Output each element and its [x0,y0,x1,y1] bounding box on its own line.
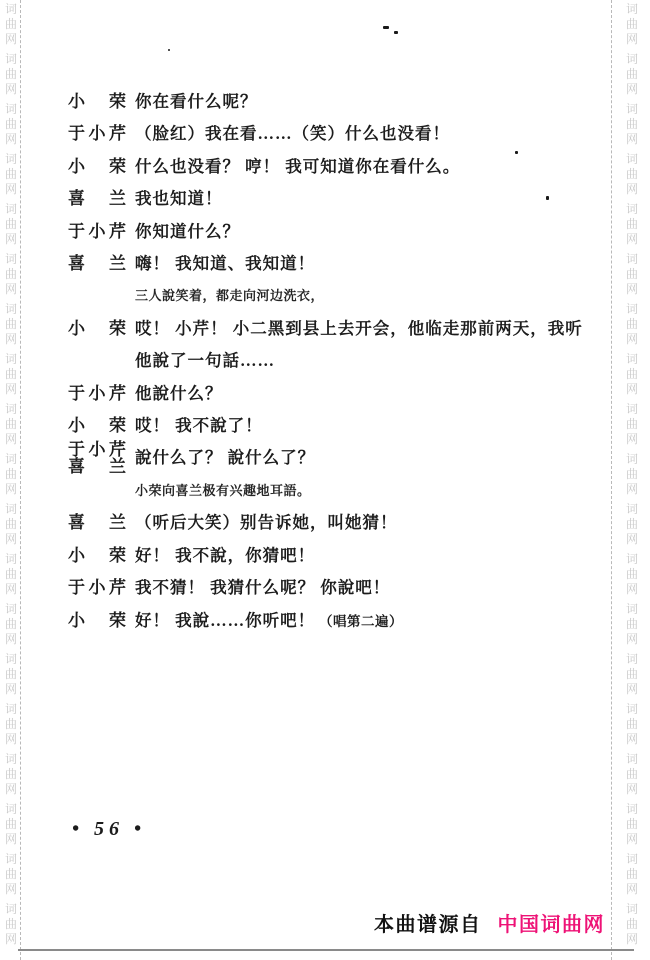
speaker-name: 小 荣 [68,86,126,118]
dialogue-line: 于小芹他說什么？ [68,378,592,410]
watermark-text: 词曲网 [623,202,641,247]
watermark-text: 词曲网 [623,2,641,47]
watermark-text: 词曲网 [2,652,20,697]
dialogue-text: 他說什么？ [135,378,592,410]
page-number: • 56 • [72,818,146,841]
watermark-column-right: 词曲网词曲网词曲网词曲网词曲网词曲网词曲网词曲网词曲网词曲网词曲网词曲网词曲网词… [623,2,641,952]
speaker-name: 小 荣 [68,605,126,637]
ink-speck [515,151,518,154]
speaker-name: 喜 兰 [68,507,126,539]
dialogue-line: 于小芹我不猜！ 我猜什么呢？ 你說吧！ [68,572,592,604]
speaker-name: 于小芹 [68,572,126,604]
watermark-text: 词曲网 [623,802,641,847]
watermark-text: 词曲网 [2,802,20,847]
watermark-text: 词曲网 [623,652,641,697]
dialogue-line: 小 荣好！ 我不說，你猜吧！ [68,540,592,572]
stage-text: 三人說笑着，都走向河边洗衣， [135,280,592,312]
ink-speck [383,26,389,29]
dialogue-text: 我也知道！ [135,183,592,215]
watermark-text: 词曲网 [623,702,641,747]
ink-speck [168,49,170,51]
dialogue-line: 喜 兰嗨！ 我知道、我知道！ [68,248,592,280]
dialogue-text: （听后大笑）别告诉她，叫她猜！ [135,507,592,539]
speaker-name: 喜 兰 [68,248,126,280]
dialogue-text: 什么也没看？ 哼！ 我可知道你在看什么。 [135,151,592,183]
watermark-text: 词曲网 [623,402,641,447]
watermark-text: 词曲网 [623,502,641,547]
dialogue-block: 小 荣你在看什么呢？于小芹（脸红）我在看……（笑）什么也没看！小 荣什么也没看？… [68,86,592,638]
stage-text: 小荣向喜兰极有兴趣地耳語。 [135,475,592,507]
speaker-name: 于小芹 [68,378,126,410]
watermark-text: 词曲网 [623,352,641,397]
speaker-name: 于小芹 [68,216,126,248]
stage-direction: 小荣向喜兰极有兴趣地耳語。 [68,475,592,507]
watermark-text: 词曲网 [2,52,20,97]
watermark-text: 词曲网 [2,852,20,897]
watermark-text: 词曲网 [2,552,20,597]
ink-speck [546,196,549,200]
dialogue-line: 小 荣什么也没看？ 哼！ 我可知道你在看什么。 [68,151,592,183]
watermark-text: 词曲网 [2,752,20,797]
dialogue-line: 喜 兰（听后大笑）别告诉她，叫她猜！ [68,507,592,539]
credit-line: 本曲谱源自 中国词曲网 [374,908,605,937]
watermark-text: 词曲网 [623,102,641,147]
dialogue-text: 我不猜！ 我猜什么呢？ 你說吧！ [135,572,592,604]
watermark-text: 词曲网 [2,102,20,147]
watermark-text: 词曲网 [2,402,20,447]
credit-brand: 中国词曲网 [498,908,606,937]
watermark-text: 词曲网 [2,702,20,747]
speaker-name: 小 荣 [68,410,126,442]
bottom-rule [18,949,634,951]
watermark-text: 词曲网 [623,902,641,947]
watermark-text: 词曲网 [623,852,641,897]
dialogue-text: 說什么了？ 說什么了？ [135,442,592,474]
dialogue-line: 小 荣你在看什么呢？ [68,86,592,118]
speaker-name: 于小芹 [68,118,126,150]
dialogue-line: 小 荣好！ 我說……你听吧！ （唱第二遍） [68,605,592,638]
dialogue-text: 哎！ 我不說了！ [135,410,592,442]
watermark-text: 词曲网 [2,352,20,397]
watermark-text: 词曲网 [623,552,641,597]
dialogue-text: 嗨！ 我知道、我知道！ [135,248,592,280]
watermark-text: 词曲网 [2,202,20,247]
stage-direction: 三人說笑着，都走向河边洗衣， [68,280,592,312]
watermark-text: 词曲网 [623,302,641,347]
speaker-name: 小 荣 [68,151,126,183]
watermark-text: 词曲网 [2,152,20,197]
watermark-text: 词曲网 [2,302,20,347]
watermark-text: 词曲网 [2,602,20,647]
watermark-column-left: 词曲网词曲网词曲网词曲网词曲网词曲网词曲网词曲网词曲网词曲网词曲网词曲网词曲网词… [2,2,20,952]
watermark-text: 词曲网 [623,152,641,197]
dialogue-line: 小 荣哎！ 我不說了！ [68,410,592,442]
speaker-name: 于小芹喜 兰 [68,442,126,474]
credit-prefix: 本曲谱源自 [374,908,482,937]
dialogue-text: 你知道什么？ [135,216,592,248]
dialogue-text: 好！ 我不說，你猜吧！ [135,540,592,572]
dialogue-line: 小 荣哎！ 小芹！ 小二黑到县上去开会，他临走那前两天，我听 他說了一句話…… [68,313,592,378]
speaker-name: 喜 兰 [68,183,126,215]
watermark-text: 词曲网 [2,502,20,547]
dialogue-text: 好！ 我說……你听吧！ （唱第二遍） [135,605,592,638]
watermark-text: 词曲网 [623,452,641,497]
watermark-text: 词曲网 [2,2,20,47]
watermark-text: 词曲网 [623,752,641,797]
inline-note: （唱第二遍） [315,614,403,629]
watermark-text: 词曲网 [2,252,20,297]
speaker-name: 小 荣 [68,313,126,345]
dialogue-line: 于小芹你知道什么？ [68,216,592,248]
watermark-text: 词曲网 [2,452,20,497]
page-border-left [20,0,21,960]
speaker-name: 小 荣 [68,540,126,572]
page-border-right [611,0,612,960]
watermark-text: 词曲网 [623,252,641,297]
dialogue-line: 喜 兰我也知道！ [68,183,592,215]
dialogue-line: 于小芹喜 兰說什么了？ 說什么了？ [68,442,592,474]
ink-speck [394,31,398,34]
watermark-text: 词曲网 [623,52,641,97]
dialogue-line: 于小芹（脸红）我在看……（笑）什么也没看！ [68,118,592,150]
watermark-text: 词曲网 [623,602,641,647]
dialogue-text: 你在看什么呢？ [135,86,592,118]
dialogue-text: 哎！ 小芹！ 小二黑到县上去开会，他临走那前两天，我听 他說了一句話…… [135,313,592,378]
watermark-text: 词曲网 [2,902,20,947]
dialogue-text: （脸红）我在看……（笑）什么也没看！ [135,118,592,150]
